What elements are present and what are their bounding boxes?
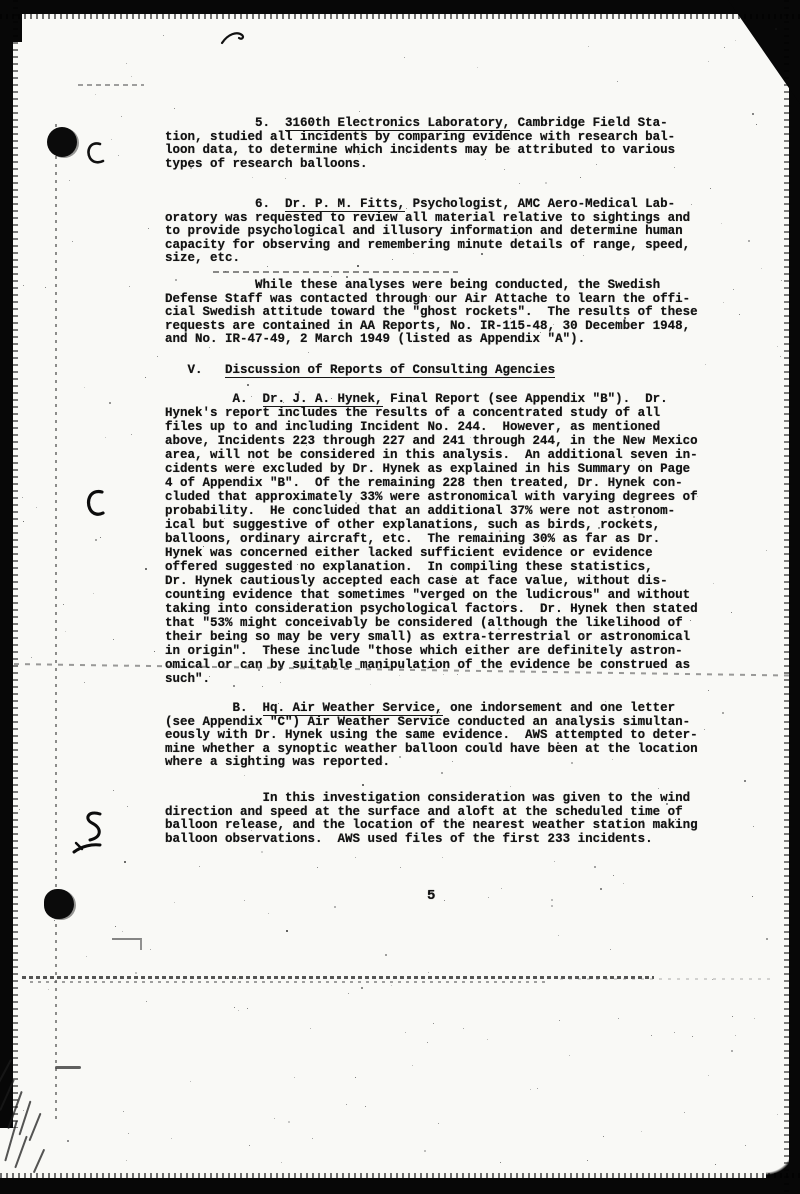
scan-border-bottom <box>0 1178 800 1194</box>
text-line: requests are contained in AA Reports, No… <box>165 320 698 334</box>
scratch-mark <box>28 1113 41 1142</box>
scan-speckle <box>587 1160 588 1161</box>
scan-speckle <box>123 1111 124 1112</box>
scan-speckle <box>613 875 614 876</box>
scan-speckle <box>209 347 210 348</box>
scan-speckle <box>724 47 725 48</box>
scan-speckle <box>23 521 24 522</box>
smudge-dash-bottom-left <box>55 1066 81 1069</box>
scan-speckle <box>465 819 466 820</box>
scan-speckle <box>558 935 559 936</box>
scan-speckle <box>399 703 400 704</box>
scan-speckle <box>748 240 750 242</box>
scan-speckle <box>684 1112 685 1113</box>
scan-speckle <box>281 1162 282 1163</box>
scan-speckle <box>442 857 443 858</box>
text-line: 5. 3160th Electronics Laboratory, Cambri… <box>165 117 675 131</box>
scan-speckle <box>86 956 87 957</box>
scan-speckle <box>355 1077 356 1078</box>
scan-speckle <box>452 761 453 762</box>
scan-speckle <box>294 1077 295 1078</box>
scan-speckle <box>251 461 252 462</box>
scan-speckle <box>537 1088 538 1089</box>
scan-speckle <box>22 497 23 498</box>
scan-speckle <box>438 1123 439 1124</box>
text-line: mine whether a synoptic weather balloon … <box>165 743 698 757</box>
text-line: loon data, to determine which incidents … <box>165 144 675 158</box>
scan-speckle <box>126 1160 127 1161</box>
ragged-edge <box>784 0 789 1194</box>
scan-speckle <box>583 255 584 256</box>
scan-speckle <box>251 830 252 831</box>
scan-speckle <box>365 1106 366 1107</box>
text-line: Defense Staff was contacted through our … <box>165 293 698 307</box>
scan-speckle <box>346 1104 347 1105</box>
scan-speckle <box>234 1007 235 1008</box>
scan-speckle <box>247 384 249 386</box>
text-line: and No. IR-47-49, 2 March 1949 (listed a… <box>165 333 698 347</box>
scan-speckle <box>334 906 336 908</box>
scan-speckle <box>310 1028 311 1029</box>
scan-speckle <box>404 57 405 58</box>
scan-speckle <box>31 657 32 658</box>
scan-speckle <box>481 253 483 255</box>
scan-speckle <box>569 1055 570 1056</box>
scan-speckle <box>357 265 359 267</box>
scan-speckle <box>127 806 128 807</box>
text-line: direction and speed at the surface and a… <box>165 806 698 820</box>
scan-speckle <box>361 987 363 989</box>
scan-border-left <box>0 0 13 1128</box>
scan-speckle <box>777 346 778 347</box>
text-line: probability. He concluded that an additi… <box>165 504 698 518</box>
scan-speckle <box>766 938 768 940</box>
text-line: While these analyses were being conducte… <box>165 279 698 293</box>
text-line: (see Appendix "C") Air Weather Service c… <box>165 716 698 730</box>
pen-s-mark-icon <box>70 810 112 862</box>
text-line: that "53% might conceivably be considere… <box>165 616 698 630</box>
text-line: balloon observations. AWS used files of … <box>165 833 698 847</box>
text-line: 4 of Appendix "B". Of the remaining 228 … <box>165 476 698 490</box>
scan-speckle <box>412 1065 413 1066</box>
text-line: B. Hq. Air Weather Service, one indorsem… <box>165 702 698 716</box>
scan-speckle <box>732 1016 733 1017</box>
text-line: where a sighting was reported. <box>165 756 698 770</box>
scan-speckle <box>514 978 515 979</box>
para-hynek-report: A. Dr. J. A. Hynek, Final Report (see Ap… <box>165 392 698 686</box>
scan-speckle <box>262 523 263 524</box>
scan-speckle <box>400 867 401 868</box>
text-line: cial Swedish attitude toward the "ghost … <box>165 306 698 320</box>
scan-speckle <box>500 1162 501 1163</box>
text-line: capacity for observing and remembering m… <box>165 239 690 253</box>
scan-speckle <box>766 550 767 551</box>
scan-speckle <box>600 888 602 890</box>
scan-speckle <box>355 857 356 858</box>
scan-speckle <box>150 949 151 950</box>
scan-speckle <box>626 666 627 667</box>
scan-speckle <box>359 111 360 112</box>
scan-speckle <box>761 268 762 269</box>
text-line: In this investigation consideration was … <box>165 792 698 806</box>
scan-speckle <box>274 1118 275 1119</box>
scan-speckle <box>510 786 511 787</box>
scan-speckle <box>249 1145 250 1146</box>
scan-speckle <box>145 568 147 570</box>
page-number: 5 <box>427 888 435 904</box>
pen-c-mark-icon <box>84 488 106 518</box>
scan-speckle <box>93 593 94 594</box>
text-line: V. Discussion of Reports of Consulting A… <box>165 363 555 377</box>
text-line: offered suggested no explanation. In com… <box>165 560 698 574</box>
text-line: size, etc. <box>165 252 690 266</box>
scan-speckle <box>247 1008 248 1009</box>
scan-speckle <box>422 322 423 323</box>
scan-speckle <box>65 631 66 632</box>
scan-speckle <box>129 286 130 287</box>
text-line: ical but suggestive of other explanation… <box>165 518 698 532</box>
scan-speckle <box>705 364 706 365</box>
scan-speckle <box>312 1138 313 1139</box>
scan-speckle <box>642 820 644 822</box>
scan-speckle <box>174 108 175 109</box>
scan-speckle <box>267 266 268 267</box>
scan-speckle <box>113 790 114 791</box>
scan-speckle <box>257 167 258 168</box>
scan-speckle <box>609 669 610 670</box>
scan-speckle <box>708 690 709 691</box>
scan-speckle <box>598 527 600 529</box>
scanned-document-page: 5. 3160th Electronics Laboratory, Cambri… <box>0 0 800 1194</box>
scan-speckle <box>557 742 559 744</box>
text-line: such". <box>165 672 698 686</box>
scan-speckle <box>692 1036 693 1037</box>
scan-speckle <box>501 888 502 889</box>
scan-speckle <box>412 402 413 403</box>
scan-speckle <box>331 398 332 399</box>
scan-speckle <box>674 590 675 591</box>
ragged-edge <box>13 0 18 1128</box>
scan-speckle <box>355 502 357 504</box>
scan-speckle <box>157 356 158 357</box>
scan-speckle <box>225 271 226 272</box>
scan-speckle <box>69 180 70 181</box>
scan-speckle <box>95 94 96 95</box>
hole-punch-icon <box>44 889 74 919</box>
scan-speckle <box>297 564 298 565</box>
smudge-band <box>30 981 550 983</box>
scan-speckle <box>708 61 709 62</box>
scan-speckle <box>735 1035 736 1036</box>
scan-speckle <box>298 391 300 393</box>
scan-speckle <box>427 1042 428 1043</box>
text-line: files up to and including Incident No. 2… <box>165 420 698 434</box>
scan-speckle <box>23 285 24 286</box>
scan-speckle <box>405 1032 406 1033</box>
scan-speckle <box>549 122 551 124</box>
scan-speckle <box>428 972 429 973</box>
scan-border-right <box>789 0 800 1194</box>
section-heading-v: V. Discussion of Reports of Consulting A… <box>165 363 555 377</box>
scan-speckle <box>361 131 363 133</box>
scan-speckle <box>437 536 438 537</box>
scan-speckle <box>306 445 307 446</box>
scan-speckle <box>545 182 547 184</box>
scan-speckle <box>121 116 122 117</box>
scan-speckle <box>435 372 436 373</box>
scan-speckle <box>206 229 207 230</box>
scan-speckle <box>530 1089 531 1090</box>
para-air-weather-service: B. Hq. Air Weather Service, one indorsem… <box>165 702 698 770</box>
para-aws-investigation: In this investigation consideration was … <box>165 792 698 846</box>
scan-speckle <box>171 1138 172 1139</box>
scan-speckle <box>735 40 736 41</box>
scan-speckle <box>199 866 200 867</box>
text-line: above, Incidents 223 through 227 and 241… <box>165 434 698 448</box>
scan-speckle <box>288 1121 290 1123</box>
scan-speckle <box>424 1150 426 1152</box>
scan-speckle <box>756 124 757 125</box>
para-item-5: 5. 3160th Electronics Laboratory, Cambri… <box>165 117 675 171</box>
scan-speckle <box>124 861 126 863</box>
scan-speckle <box>777 1114 778 1115</box>
scan-speckle <box>754 1018 755 1019</box>
scan-speckle <box>641 1131 642 1132</box>
scan-speckle <box>539 730 540 731</box>
scan-speckle <box>146 1001 147 1002</box>
text-line: eously with Dr. Hynek using the same evi… <box>165 729 698 743</box>
scan-speckle <box>752 896 753 897</box>
scratch-mark <box>14 1136 28 1169</box>
scan-speckle <box>67 1140 69 1142</box>
scan-speckle <box>95 539 97 541</box>
scan-speckle <box>733 289 734 290</box>
scan-speckle <box>238 1010 239 1011</box>
scan-speckle <box>429 296 430 297</box>
scan-speckle <box>268 913 269 914</box>
scan-speckle <box>23 1110 24 1111</box>
text-line: Hynek's report includes the results of a… <box>165 406 698 420</box>
scan-speckle <box>603 1136 604 1137</box>
scan-speckle <box>115 926 116 927</box>
scan-speckle <box>209 676 210 677</box>
scan-speckle <box>580 177 581 178</box>
scan-speckle <box>658 788 659 789</box>
scan-corner-bottom-right <box>766 1146 800 1194</box>
scan-speckle <box>100 537 101 538</box>
scan-speckle <box>362 784 364 786</box>
scan-speckle <box>148 228 149 229</box>
text-line: 6. Dr. P. M. Fitts, Psychologist, AMC Ae… <box>165 198 690 212</box>
scan-speckle <box>45 287 46 288</box>
text-line: counting evidence that sometimes "verged… <box>165 588 698 602</box>
scan-speckle <box>391 985 392 986</box>
scan-speckle <box>674 1032 675 1033</box>
scan-speckle <box>126 63 127 64</box>
para-swedish-attache: While these analyses were being conducte… <box>165 279 698 347</box>
scan-speckle <box>113 639 114 640</box>
scan-speckle <box>190 1081 191 1082</box>
scan-speckle <box>723 302 724 303</box>
scan-speckle <box>781 280 782 281</box>
scan-speckle <box>174 902 175 903</box>
ragged-edge <box>0 1173 800 1178</box>
scan-speckle <box>435 750 436 751</box>
scan-speckle <box>731 1050 733 1052</box>
scan-speckle <box>745 1145 746 1146</box>
scan-speckle <box>617 81 618 82</box>
scan-speckle <box>610 949 611 950</box>
text-line: in origin". These include "those which e… <box>165 644 698 658</box>
scan-speckle <box>382 762 383 763</box>
scan-speckle <box>244 900 245 901</box>
text-line: oratory was requested to review all mate… <box>165 212 690 226</box>
scan-speckle <box>710 188 711 189</box>
scan-speckle <box>551 899 553 901</box>
vertical-fold-line <box>55 124 57 1119</box>
scan-speckle <box>36 507 37 508</box>
scan-speckle <box>433 1023 434 1024</box>
scan-speckle <box>308 352 309 353</box>
bracket-pencil-mark <box>112 938 142 950</box>
scan-speckle <box>203 546 204 547</box>
scan-speckle <box>463 1028 464 1029</box>
scan-speckle <box>488 897 489 898</box>
scan-speckle <box>753 826 754 827</box>
pen-hook-mark-icon <box>220 28 250 48</box>
scan-speckle <box>154 651 155 652</box>
scan-speckle <box>704 729 705 730</box>
pen-c-mark-icon <box>82 139 106 167</box>
scan-speckle <box>722 712 724 714</box>
scan-speckle <box>487 1039 488 1040</box>
scan-speckle <box>498 628 500 630</box>
scan-speckle <box>385 954 387 956</box>
scan-speckle <box>721 223 722 224</box>
scan-speckle <box>713 583 714 584</box>
scan-speckle <box>337 738 338 739</box>
scan-speckle <box>285 178 286 179</box>
scan-speckle <box>441 772 443 774</box>
scan-speckle <box>261 851 263 853</box>
pencil-underline-artifact <box>213 271 458 273</box>
scan-speckle <box>618 1018 619 1019</box>
scan-speckle <box>571 762 573 764</box>
text-line: Hynek was concerned either lacked suffic… <box>165 546 698 560</box>
scan-speckle <box>731 612 732 613</box>
scan-speckle <box>84 387 85 388</box>
scan-speckle <box>348 993 349 994</box>
scan-speckle <box>131 76 132 77</box>
text-line: cluded that approximately 33% were astro… <box>165 490 698 504</box>
scan-speckle <box>780 356 781 357</box>
scan-speckle <box>252 177 253 178</box>
scan-speckle <box>708 1075 709 1076</box>
scan-speckle <box>63 604 64 605</box>
scan-speckle <box>72 241 73 242</box>
scan-speckle <box>109 402 111 404</box>
scratch-mark <box>18 1101 31 1136</box>
scan-speckle <box>48 989 49 990</box>
scan-speckle <box>131 434 132 435</box>
smudge-band <box>560 978 775 980</box>
scan-speckle <box>559 1020 560 1021</box>
text-line: taking into consideration psychological … <box>165 602 698 616</box>
scan-speckle <box>588 46 589 47</box>
scan-speckle <box>519 183 520 184</box>
scan-speckle <box>317 867 318 868</box>
scan-speckle <box>84 682 85 683</box>
ragged-edge <box>0 14 800 19</box>
scan-speckle <box>697 496 698 497</box>
scan-speckle <box>111 139 112 140</box>
scan-speckle <box>135 972 137 974</box>
scan-speckle <box>594 866 596 868</box>
scan-speckle <box>262 686 263 687</box>
scan-speckle <box>122 931 123 932</box>
text-line: their being so may be very small) as ext… <box>165 630 698 644</box>
scan-border-top <box>0 0 800 14</box>
text-line: tion, studied all incidents by comparing… <box>165 131 675 145</box>
scan-corner-top-left <box>0 0 22 42</box>
scan-speckle <box>190 167 192 169</box>
scratch-mark <box>33 1149 45 1174</box>
scan-speckle <box>145 377 146 378</box>
scan-speckle <box>286 930 288 932</box>
scan-speckle <box>19 809 20 810</box>
text-line: balloons, ordinary aircraft, etc. The re… <box>165 532 698 546</box>
scan-speckle <box>444 900 445 901</box>
scan-speckle <box>163 35 164 36</box>
scan-speckle <box>118 155 119 156</box>
scan-speckle <box>651 1035 652 1036</box>
text-line: to provide psychological and illusory in… <box>165 225 690 239</box>
scan-speckle <box>438 146 440 148</box>
text-line: area, will not be considered in this ana… <box>165 448 698 462</box>
scan-speckle <box>484 485 486 487</box>
scan-speckle <box>105 437 106 438</box>
text-line: Dr. Hynek cautiously accepted each case … <box>165 574 698 588</box>
scan-speckle <box>554 861 555 862</box>
scan-speckle <box>623 883 624 884</box>
text-line: cidents were excluded by Dr. Hynek as ex… <box>165 462 698 476</box>
text-line: types of research balloons. <box>165 158 675 172</box>
scan-speckle <box>691 204 692 205</box>
scan-speckle <box>551 905 553 907</box>
smudge-dash-top-left <box>78 84 144 86</box>
para-item-6: 6. Dr. P. M. Fitts, Psychologist, AMC Ae… <box>165 198 690 266</box>
text-line: balloon release, and the location of the… <box>165 819 698 833</box>
scan-speckle <box>715 1164 716 1165</box>
scan-speckle <box>54 920 55 921</box>
scan-speckle <box>752 113 754 115</box>
text-line: A. Dr. J. A. Hynek, Final Report (see Ap… <box>165 392 698 406</box>
scan-speckle <box>605 701 606 702</box>
scan-speckle <box>244 775 245 776</box>
scan-speckle <box>477 67 478 68</box>
scan-speckle <box>675 819 676 820</box>
scan-speckle <box>128 1133 129 1134</box>
scan-speckle <box>739 314 740 315</box>
scan-speckle <box>744 780 746 782</box>
